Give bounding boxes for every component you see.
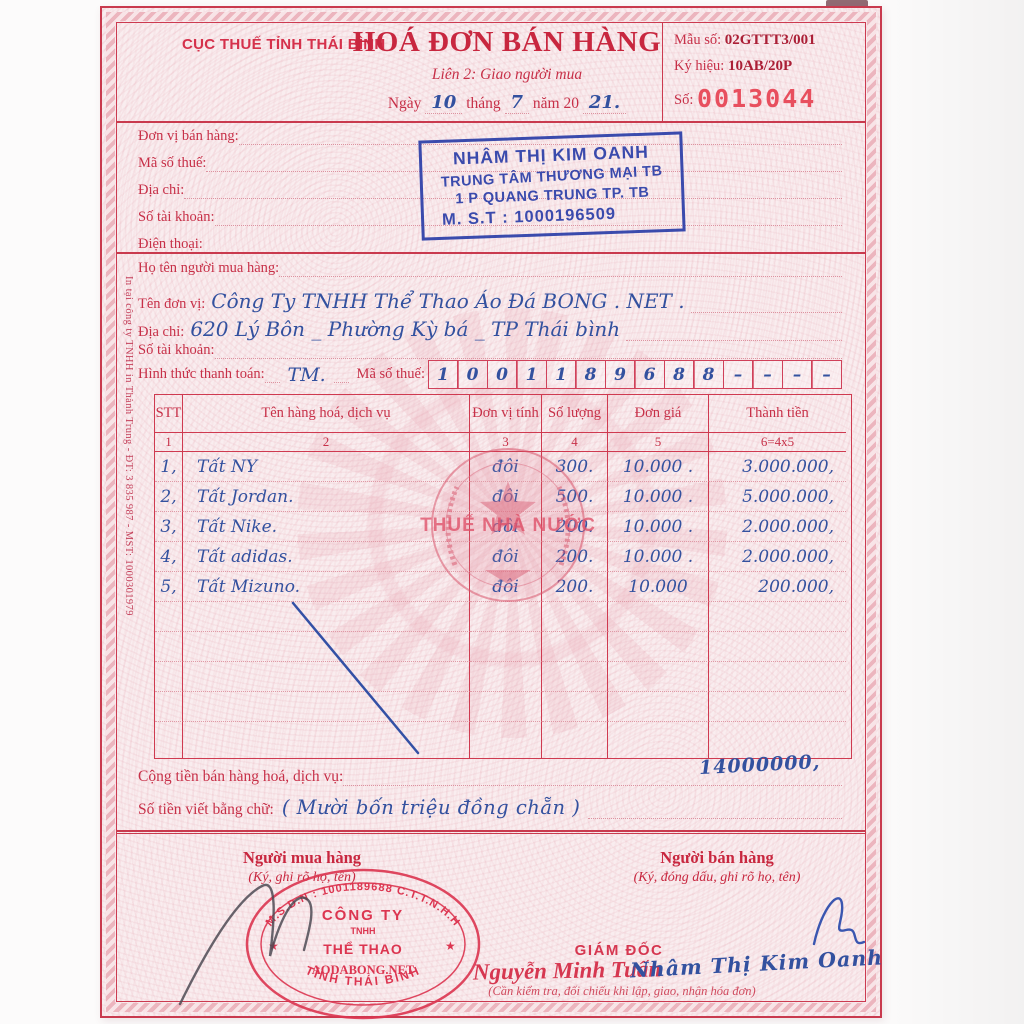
colnum: 6=4x5 <box>709 433 846 452</box>
date-year-label: năm 20 <box>533 95 579 112</box>
colnum: 5 <box>608 433 709 452</box>
taxcode-digit: – <box>811 360 842 389</box>
col-name: Tên hàng hoá, dịch vụ <box>183 395 470 433</box>
invoice-title: HOÁ ĐƠN BÁN HÀNG <box>342 26 672 59</box>
printer-margin-note: In tại công ty TNHH in Thành Trung - ĐT:… <box>123 276 134 616</box>
seller-phone-row: Điện thoại: <box>138 236 842 253</box>
dotted-leader <box>279 261 842 277</box>
table-row: 3, Tất Nike. đôi 200. 10.000 . 2.000.000… <box>155 512 851 542</box>
cell-amount: 200.000, <box>709 572 846 602</box>
seller-account-label: Số tài khoản: <box>138 209 215 226</box>
cell-stt: 5, <box>155 572 183 602</box>
verification-note: (Cần kiểm tra, đối chiếu khi lập, giao, … <box>402 984 842 999</box>
cell-qty: 200. <box>542 542 608 572</box>
invoice-meta: Mẫu số: 02GTTT3/001 Ký hiệu: 10AB/20P Số… <box>674 32 858 122</box>
buyer-address-value: 620 Lý Bôn _ Phường Kỳ bá _ TP Thái bình <box>190 317 620 341</box>
date-month-label: tháng <box>466 95 500 112</box>
buyer-account-label: Số tài khoản: <box>138 342 215 359</box>
number-label: Số: <box>674 92 693 108</box>
colnum: 2 <box>183 433 470 452</box>
form-value: 02GTTT3/001 <box>725 32 816 48</box>
invoice-number: 0013044 <box>697 84 816 113</box>
payment-label: Hình thức thanh toán: <box>138 366 265 383</box>
buyer-name-row: Họ tên người mua hàng: <box>138 260 842 277</box>
dotted-leader <box>265 367 280 383</box>
seller-sig-title: Người bán hàng <box>602 848 832 868</box>
taxcode-digit: 8 <box>575 360 606 389</box>
taxcode-digit: – <box>752 360 783 389</box>
symbol-label: Ký hiệu: <box>674 58 724 74</box>
empty-row <box>155 662 851 692</box>
seller-ink-stamp: NHÂM THỊ KIM OANH TRUNG TÂM THƯƠNG MẠI T… <box>418 131 685 240</box>
seller-unit-label: Đơn vị bán hàng: <box>138 128 239 145</box>
total-label: Cộng tiền bán hàng hoá, dịch vụ: <box>138 768 343 786</box>
cell-unit: đôi <box>470 512 542 542</box>
cell-qty: 200. <box>542 572 608 602</box>
table-row: 4, Tất adidas. đôi 200. 10.000 . 2.000.0… <box>155 542 851 572</box>
buyer-address-label: Địa chỉ: <box>138 324 184 341</box>
dotted-leader <box>691 297 842 313</box>
cell-amount: 2.000.000, <box>709 542 846 572</box>
cell-unit: đôi <box>470 482 542 512</box>
cell-name: Tất NY <box>183 452 470 482</box>
dotted-leader <box>588 803 842 819</box>
cell-unit: đôi <box>470 452 542 482</box>
cell-unit: đôi <box>470 542 542 572</box>
cell-price: 10.000 . <box>608 452 709 482</box>
taxcode-digit: 8 <box>693 360 724 389</box>
taxcode-digit: 9 <box>605 360 636 389</box>
dotted-leader <box>203 237 842 253</box>
colnum: 4 <box>542 433 608 452</box>
copy-line: Liên 2: Giao người mua <box>342 66 672 84</box>
cell-amount: 5.000.000, <box>709 482 846 512</box>
section-rule <box>116 830 866 832</box>
empty-row <box>155 632 851 662</box>
buyer-signature-stroke <box>162 864 422 1014</box>
buyer-taxcode-label: Mã số thuế: <box>357 366 425 383</box>
cell-stt: 3, <box>155 512 183 542</box>
cell-qty: 300. <box>542 452 608 482</box>
cell-stt: 4, <box>155 542 183 572</box>
taxcode-boxes: 1 0 0 1 1 8 9 6 8 8 – – – – <box>429 360 842 389</box>
payment-row: Hình thức thanh toán: TM. Mã số thuế: 1 … <box>138 360 842 389</box>
section-rule <box>116 252 866 254</box>
cell-name: Tất Jordan. <box>183 482 470 512</box>
cell-unit: đôi <box>470 572 542 602</box>
taxcode-digit: 1 <box>516 360 547 389</box>
buyer-company-row: Tên đơn vị:Công Ty TNHH Thể Thao Áo Đá B… <box>138 289 842 313</box>
stamp-star-right: ★ <box>445 939 456 953</box>
cell-qty: 200. <box>542 512 608 542</box>
scan-shadow <box>874 0 1024 1024</box>
section-rule <box>116 833 866 834</box>
amount-in-words-row: Số tiền viết bằng chữ:( Mười bốn triệu đ… <box>138 796 842 819</box>
buyer-account-row: Số tài khoản: <box>138 342 842 359</box>
taxcode-digit: 0 <box>457 360 488 389</box>
taxcode-digit: 0 <box>487 360 518 389</box>
col-price: Đơn giá <box>608 395 709 433</box>
table-row: 5, Tất Mizuno. đôi 200. 10.000 200.000, <box>155 572 851 602</box>
items-table: STT Tên hàng hoá, dịch vụ Đơn vị tính Số… <box>154 394 852 759</box>
buyer-company-label: Tên đơn vị: <box>138 296 205 313</box>
taxcode-digit: – <box>782 360 813 389</box>
cell-name: Tất adidas. <box>183 542 470 572</box>
col-qty: Số lượng <box>542 395 608 433</box>
dotted-leader <box>334 367 349 383</box>
seller-address-label: Địa chỉ: <box>138 182 184 199</box>
empty-row <box>155 602 851 632</box>
cell-price: 10.000 <box>608 572 709 602</box>
colnum: 1 <box>155 433 183 452</box>
cell-stt: 2, <box>155 482 183 512</box>
dotted-leader <box>626 325 842 341</box>
seller-signature-header: Người bán hàng (Ký, đóng dấu, ghi rõ họ,… <box>602 848 832 886</box>
seller-phone-label: Điện thoại: <box>138 236 203 253</box>
seller-tax-label: Mã số thuế: <box>138 155 206 172</box>
table-row: 2, Tất Jordan. đôi 500. 10.000 . 5.000.0… <box>155 482 851 512</box>
cell-name: Tất Nike. <box>183 512 470 542</box>
table-colnum-row: 1 2 3 4 5 6=4x5 <box>155 433 851 452</box>
date-month: 7 <box>505 92 530 114</box>
taxcode-digit: 1 <box>428 360 459 389</box>
date-year: 21. <box>583 92 626 114</box>
cell-price: 10.000 . <box>608 512 709 542</box>
buyer-name-label: Họ tên người mua hàng: <box>138 260 279 277</box>
cell-qty: 500. <box>542 482 608 512</box>
date-day: 10 <box>425 92 462 114</box>
date-prefix: Ngày <box>388 95 422 112</box>
col-amount: Thành tiền <box>709 395 846 433</box>
header-divider-vertical <box>662 22 663 121</box>
payment-value: TM. <box>288 364 326 386</box>
cell-amount: 2.000.000, <box>709 512 846 542</box>
cell-price: 10.000 . <box>608 482 709 512</box>
cell-stt: 1, <box>155 452 183 482</box>
symbol-value: 10AB/20P <box>728 58 792 74</box>
taxcode-digit: – <box>723 360 754 389</box>
empty-row <box>155 722 851 758</box>
buyer-company-value: Công Ty TNHH Thể Thao Áo Đá BONG . NET . <box>211 289 684 313</box>
invoice-date: Ngày 10 tháng 7 năm 20 21. <box>342 92 672 113</box>
words-value: ( Mười bốn triệu đồng chẵn ) <box>282 796 581 819</box>
empty-row <box>155 692 851 722</box>
table-row: 1, Tất NY đôi 300. 10.000 . 3.000.000, <box>155 452 851 482</box>
taxcode-digit: 1 <box>546 360 577 389</box>
col-stt: STT <box>155 395 183 433</box>
col-unit: Đơn vị tính <box>470 395 542 433</box>
taxcode-digit: 6 <box>634 360 665 389</box>
colnum: 3 <box>470 433 542 452</box>
form-label: Mẫu số: <box>674 32 721 48</box>
buyer-address-row: Địa chỉ:620 Lý Bôn _ Phường Kỳ bá _ TP T… <box>138 317 842 341</box>
table-header-row: STT Tên hàng hoá, dịch vụ Đơn vị tính Số… <box>155 395 851 433</box>
dotted-leader <box>215 343 842 359</box>
cell-name: Tất Mizuno. <box>183 572 470 602</box>
words-label: Số tiền viết bằng chữ: <box>138 801 274 819</box>
invoice-sheet: CỤC THUẾ TỈNH THÁI BÌNH HOÁ ĐƠN BÁN HÀNG… <box>100 6 882 1018</box>
taxcode-digit: 8 <box>664 360 695 389</box>
cell-price: 10.000 . <box>608 542 709 572</box>
cell-amount: 3.000.000, <box>709 452 846 482</box>
